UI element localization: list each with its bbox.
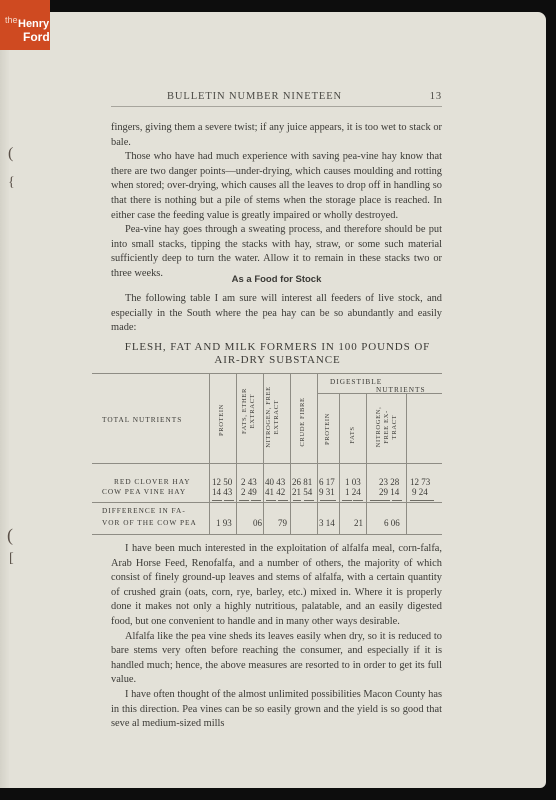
subtraction-rule [304, 500, 314, 501]
table-cell: 1 03 [345, 477, 361, 487]
paragraph: Pea-vine hay goes through a sweating pro… [111, 223, 442, 281]
subtraction-rule [251, 500, 261, 501]
binding-thread-mark: { [8, 176, 15, 190]
subtraction-rule [266, 500, 276, 501]
paragraph: Alfalfa like the pea vine sheds its leav… [111, 630, 442, 688]
paragraph: fingers, giving them a severe twist; if … [111, 121, 442, 150]
table-title-line: AIR-DRY SUBSTANCE [100, 354, 455, 367]
table-cell: 26 81 [292, 477, 312, 487]
column-header: PROTEIN [324, 401, 332, 457]
table-title-line: FLESH, FAT AND MILK FORMERS IN 100 POUND… [100, 341, 455, 354]
table-cell: 2 49 [241, 487, 257, 497]
row-label: COW PEA VINE HAY [102, 487, 186, 496]
table-rule [290, 373, 291, 534]
table-cell: 14 43 [212, 487, 232, 497]
table-rule [92, 502, 442, 503]
binding-thread-mark: [ [9, 552, 14, 566]
page-gutter [0, 12, 9, 788]
page-number: 13 [430, 91, 442, 102]
table-rule [236, 373, 237, 534]
column-header: FATS [349, 415, 357, 455]
subtraction-rule [239, 500, 249, 501]
henry-ford-logo: the Henry Ford [0, 0, 50, 50]
table-cell: 9 31 [319, 487, 335, 497]
subtraction-rule [342, 500, 352, 501]
nutrient-table: TOTAL NUTRIENTS DIGESTIBLE NUTRIENTS PRO… [92, 373, 442, 538]
section-heading: As a Food for Stock [111, 274, 442, 285]
table-cell: 40 43 [265, 477, 285, 487]
table-cell: 1 93 [216, 518, 232, 528]
table-rule [209, 373, 210, 534]
table-rule [92, 463, 442, 464]
body-text-top: fingers, giving them a severe twist; if … [111, 121, 442, 282]
table-cell: 3 14 [319, 518, 335, 528]
table-rule [406, 393, 407, 534]
logo-henry: Henry [18, 18, 49, 30]
table-cell: 6 06 [384, 518, 400, 528]
body-text-bottom: I have been much interested in the explo… [111, 542, 442, 732]
logo-ford: Ford [23, 30, 50, 44]
table-rule [339, 393, 340, 534]
paragraph: I have been much interested in the explo… [111, 542, 442, 630]
table-cell: 23 28 [379, 477, 399, 487]
table-cell: 21 54 [292, 487, 312, 497]
difference-label: VOR OF THE COW PEA [102, 518, 197, 527]
table-cell: 12 50 [212, 477, 232, 487]
table-cell: 6 17 [319, 477, 335, 487]
column-header: CRUDE FIBRE [299, 385, 307, 459]
running-head-title: BULLETIN NUMBER NINETEEN [167, 91, 342, 102]
table-cell: 29 14 [379, 487, 399, 497]
logo-the: the [5, 15, 18, 25]
paragraph: I have often thought of the almost unlim… [111, 688, 442, 732]
table-cell: 9 24 [412, 487, 428, 497]
column-header: NITROGEN, FREE EX-TRACT [375, 399, 399, 455]
difference-label: DIFFERENCE IN FA- [102, 506, 186, 515]
column-header: NITROGEN, FREE EXTRACT [265, 373, 281, 461]
row-label: RED CLOVER HAY [114, 477, 191, 486]
table-rule [366, 393, 367, 534]
table-cell: 21 [354, 518, 363, 528]
column-header: FATS, ETHER EXTRACT [241, 377, 257, 445]
table-cell: 79 [278, 518, 287, 528]
table-rule [92, 534, 442, 535]
subtraction-rule [293, 500, 301, 501]
subtraction-rule [212, 500, 222, 501]
group-header: NUTRIENTS [376, 385, 426, 394]
table-cell: 41 42 [265, 487, 285, 497]
paragraph: The following table I am sure will inter… [111, 292, 442, 336]
subtraction-rule [353, 500, 363, 501]
table-cell: 1 24 [345, 487, 361, 497]
paragraph: Those who have had much experience with … [111, 150, 442, 223]
binding-thread-mark: ( [8, 146, 13, 162]
binding-thread-mark: ( [7, 526, 13, 544]
table-cell: 12 73 [410, 477, 430, 487]
subtraction-rule [224, 500, 234, 501]
table-cell: 2 43 [241, 477, 257, 487]
subtraction-rule [278, 500, 288, 501]
subtraction-rule [392, 500, 402, 501]
subtraction-rule [370, 500, 390, 501]
intro-text: The following table I am sure will inter… [111, 292, 442, 336]
table-cell: 06 [253, 518, 262, 528]
running-head: BULLETIN NUMBER NINETEEN 13 [111, 91, 442, 107]
row-header: TOTAL NUTRIENTS [102, 415, 182, 424]
column-header: PROTEIN [218, 385, 226, 455]
table-rule [317, 373, 318, 534]
subtraction-rule [410, 500, 434, 501]
subtraction-rule [320, 500, 336, 501]
table-title: FLESH, FAT AND MILK FORMERS IN 100 POUND… [100, 341, 455, 367]
group-header: DIGESTIBLE [330, 377, 382, 386]
table-rule [263, 373, 264, 534]
